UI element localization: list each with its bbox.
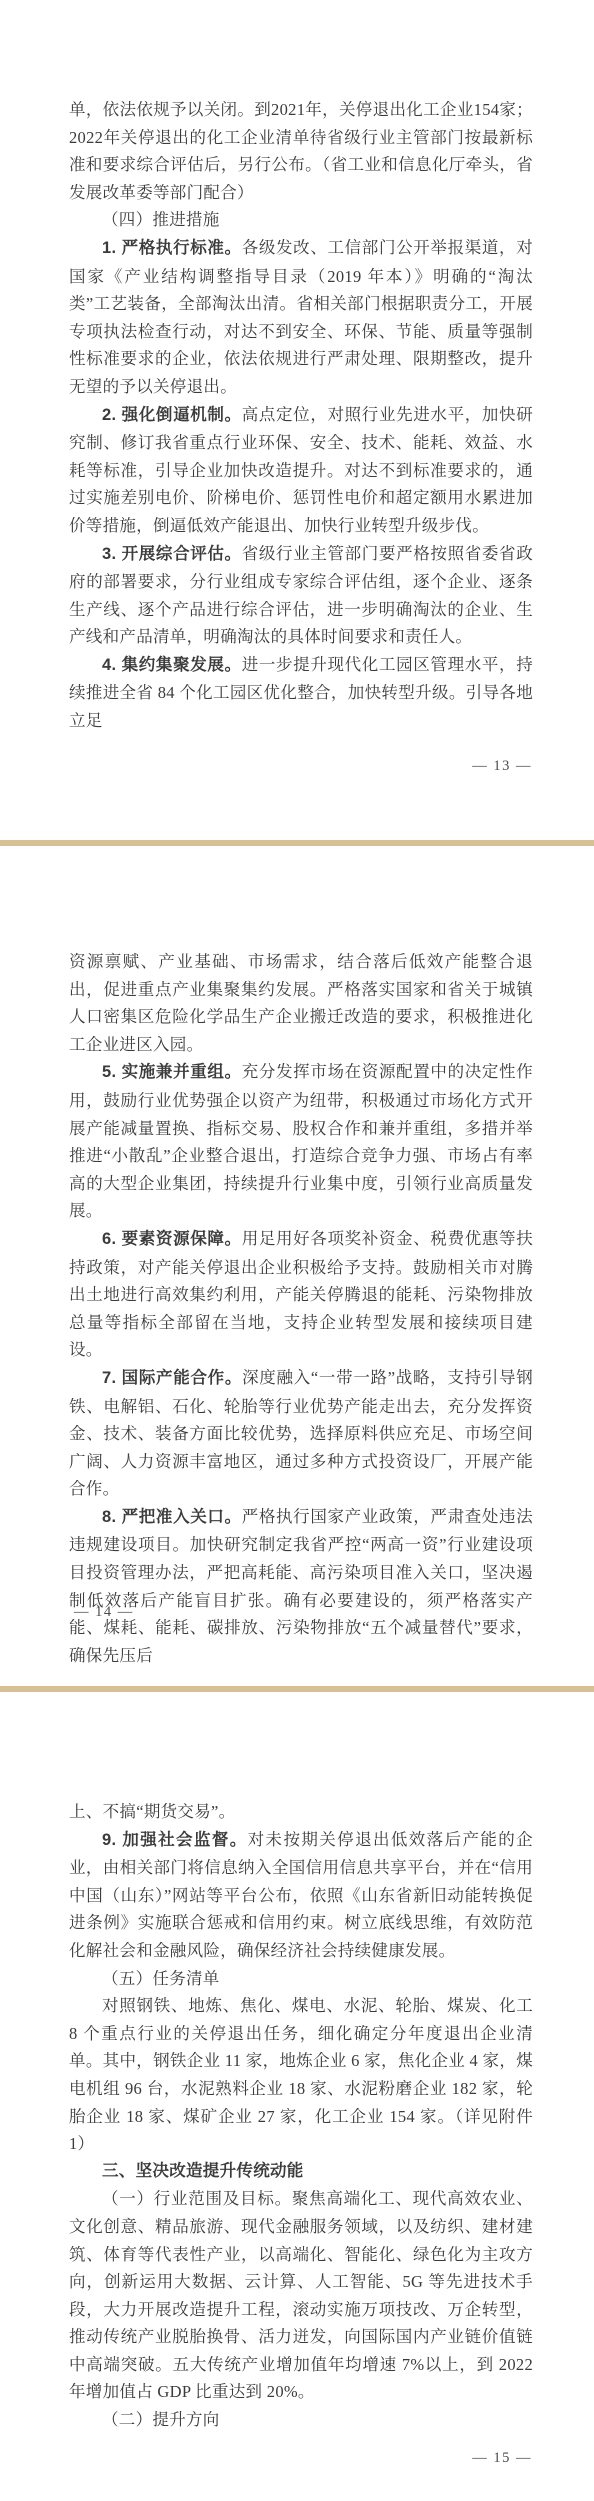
paragraph-lead: 6. 要素资源保障。 — [102, 1230, 242, 1248]
paragraph-text: 深度融入“一带一路”战略，支持引导钢铁、电解铝、石化、轮胎等行业优势产能走出去，… — [69, 1368, 533, 1498]
paragraph-numbered: 7. 国际产能合作。深度融入“一带一路”战略，支持引导钢铁、电解铝、石化、轮胎等… — [69, 1364, 533, 1503]
section-heading: （二）提升方向 — [69, 2406, 533, 2434]
paragraph-continuation: 资源禀赋、产业基础、市场需求，结合落后低效产能整合退出，促进重点产业集聚集约发展… — [69, 948, 533, 1058]
paragraph-text: 用足用好各项奖补资金、税费优惠等扶持政策，对产能关停退出企业积极给予支持。鼓励相… — [69, 1229, 533, 1359]
document-viewport: 单，依法依规予以关闭。到2021年，关停退出化工企业154家；2022年关停退出… — [0, 0, 594, 2501]
section-heading: （五）任务清单 — [69, 1965, 533, 1993]
paragraph-numbered: 4. 集约集聚发展。进一步提升现代化工园区管理水平，持续推进全省 84 个化工园… — [69, 651, 533, 735]
paragraph-lead: 7. 国际产能合作。 — [102, 1369, 242, 1387]
page-number: — 13 — — [472, 758, 532, 775]
paragraph-lead: 8. 严把准入关口。 — [102, 1508, 242, 1526]
paragraph-text: 聚焦高端化工、现代高效农业、文化创意、精品旅游、现代金融服务领域，以及纺织、建材… — [69, 2189, 533, 2401]
paragraph-numbered: 8. 严把准入关口。严格执行国家产业政策，严肃查处违法违规建设项目。加快研究制定… — [69, 1503, 533, 1670]
paragraph-numbered: 6. 要素资源保障。用足用好各项奖补资金、税费优惠等扶持政策，对产能关停退出企业… — [69, 1225, 533, 1364]
paragraph-numbered: 9. 加强社会监督。对未按期关停退出低效落后产能的企业，由相关部门将信息纳入全国… — [69, 1826, 533, 1965]
page-14-content: 资源禀赋、产业基础、市场需求，结合落后低效产能整合退出，促进重点产业集聚集约发展… — [0, 846, 594, 1669]
document-page-15: 上、不搞“期货交易”。 9. 加强社会监督。对未按期关停退出低效落后产能的企业，… — [0, 1692, 594, 2501]
paragraph-numbered: 3. 开展综合评估。省级行业主管部门要严格按照省委省政府的部署要求，分行业组成专… — [69, 540, 533, 651]
chapter-heading: 三、坚决改造提升传统动能 — [69, 2158, 533, 2186]
paragraph-text: 对照钢铁、地炼、焦化、煤电、水泥、轮胎、煤炭、化工 8 个重点行业的关停退出任务… — [69, 1996, 533, 2153]
paragraph-text: 对未按期关停退出低效落后产能的企业，由相关部门将信息纳入全国信用信息共享平台，并… — [69, 1830, 533, 1960]
paragraph-lead: （一）行业范围及目标。 — [102, 2189, 292, 2208]
section-heading: （四）推进措施 — [69, 206, 533, 234]
document-page-14: 资源禀赋、产业基础、市场需求，结合落后低效产能整合退出，促进重点产业集聚集约发展… — [0, 846, 594, 1686]
paragraph-lead: 3. 开展综合评估。 — [102, 545, 242, 563]
paragraph-text: 高点定位，对照行业先进水平，加快研究制、修订我省重点行业环保、安全、技术、能耗、… — [69, 405, 533, 535]
paragraph-text: 严格执行国家产业政策，严肃查处违法违规建设项目。加快研究制定我省严控“两高一资”… — [69, 1507, 533, 1665]
document-page-13: 单，依法依规予以关闭。到2021年，关停退出化工企业154家；2022年关停退出… — [0, 0, 594, 840]
paragraph-lead: 9. 加强社会监督。 — [102, 1831, 248, 1849]
paragraph-lead: 5. 实施兼并重组。 — [102, 1063, 242, 1081]
paragraph-lead: 4. 集约集聚发展。 — [102, 656, 242, 674]
paragraph-numbered: 5. 实施兼并重组。充分发挥市场在资源配置中的决定性作用，鼓励行业优势强企以资产… — [69, 1058, 533, 1225]
page-number: — 14 — — [74, 1604, 134, 1621]
paragraph-numbered: 1. 严格执行标准。各级发改、工信部门公开举报渠道，对国家《产业结构调整指导目录… — [69, 234, 533, 401]
paragraph-item: （一）行业范围及目标。聚焦高端化工、现代高效农业、文化创意、精品旅游、现代金融服… — [69, 2185, 533, 2406]
paragraph-lead: 1. 严格执行标准。 — [102, 239, 242, 257]
paragraph-text: 充分发挥市场在资源配置中的决定性作用，鼓励行业优势强企以资产为纽带，积极通过市场… — [69, 1062, 533, 1220]
paragraph-continuation: 单，依法依规予以关闭。到2021年，关停退出化工企业154家；2022年关停退出… — [69, 96, 533, 206]
page-13-content: 单，依法依规予以关闭。到2021年，关停退出化工企业154家；2022年关停退出… — [0, 0, 594, 735]
paragraph-text: 上、不搞“期货交易”。 — [69, 1802, 235, 1821]
paragraph-continuation: 上、不搞“期货交易”。 — [69, 1798, 533, 1826]
paragraph-text: 各级发改、工信部门公开举报渠道，对国家《产业结构调整指导目录（2019 年本）》… — [69, 238, 533, 396]
page-number: — 15 — — [472, 2450, 532, 2467]
paragraph-lead: 2. 强化倒逼机制。 — [102, 406, 242, 424]
page-15-content: 上、不搞“期货交易”。 9. 加强社会监督。对未按期关停退出低效落后产能的企业，… — [0, 1692, 594, 2434]
paragraph-numbered: 2. 强化倒逼机制。高点定位，对照行业先进水平，加快研究制、修订我省重点行业环保… — [69, 401, 533, 540]
paragraph-body: 对照钢铁、地炼、焦化、煤电、水泥、轮胎、煤炭、化工 8 个重点行业的关停退出任务… — [69, 1992, 533, 2158]
paragraph-text: 资源禀赋、产业基础、市场需求，结合落后低效产能整合退出，促进重点产业集聚集约发展… — [69, 952, 533, 1054]
